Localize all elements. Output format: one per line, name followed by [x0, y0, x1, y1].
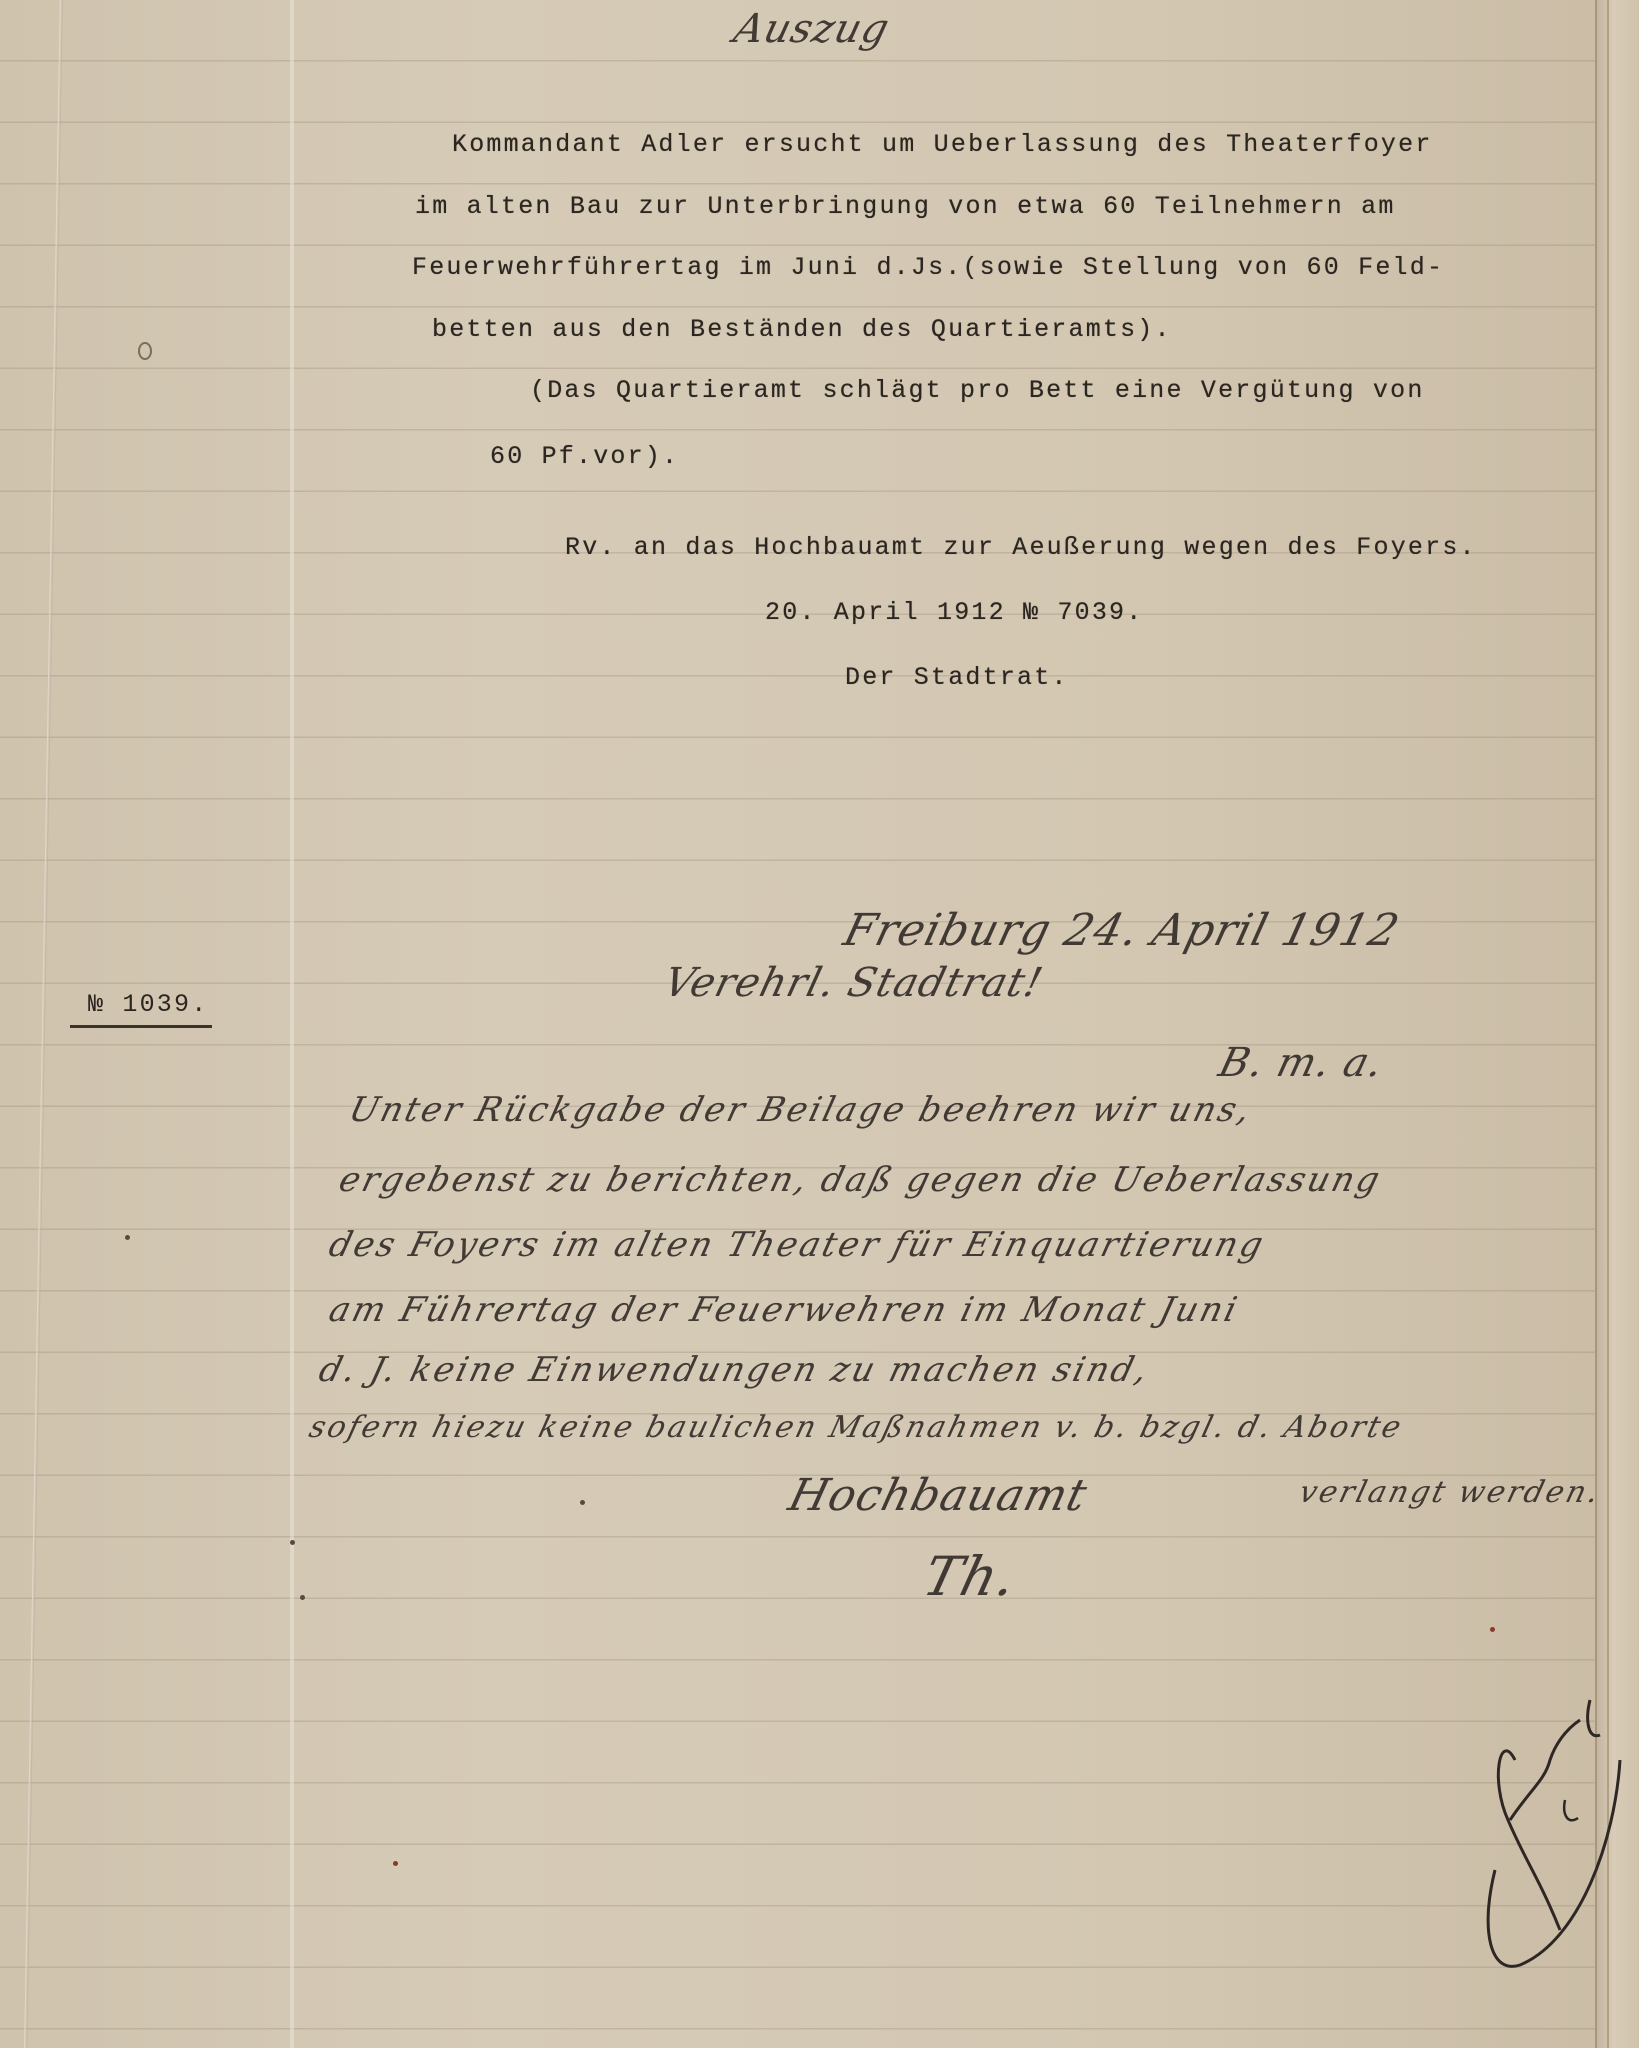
typed-line-3: Feuerwehrführertag im Juni d.Js.(sowie S… — [412, 253, 1444, 282]
reply-line-1: Unter Rückgabe der Beilage beehren wir u… — [345, 1090, 1257, 1130]
paper-speck — [125, 1235, 130, 1240]
date-ref-line: 20. April 1912 № 7039. — [765, 598, 1143, 627]
reply-line-4: am Führertag der Feuerwehren im Monat Ju… — [325, 1290, 1243, 1330]
typed-line-1: Kommandant Adler ersucht um Ueberlassung… — [452, 130, 1433, 159]
typed-note-2: 60 Pf.vor). — [490, 442, 679, 471]
typed-line-4: betten aus den Beständen des Quartieramt… — [432, 315, 1172, 344]
paper-sheet: Auszug Kommandant Adler ersucht um Ueber… — [0, 0, 1639, 2048]
paper-speck — [393, 1861, 398, 1866]
reply-line-5: d. J. keine Einwendungen zu machen sind, — [315, 1350, 1154, 1390]
paper-speck — [290, 1540, 295, 1545]
reply-line-7-hochbauamt: Hochbauamt — [784, 1470, 1093, 1521]
reply-salutation: Verehrl. Stadtrat! — [659, 960, 1047, 1006]
paper-speck — [1490, 1627, 1495, 1632]
paper-fold-line — [24, 0, 63, 2048]
reply-initials: Th. — [917, 1545, 1024, 1608]
referral-line: Rv. an das Hochbauamt zur Aeußerung wege… — [565, 533, 1477, 562]
margin-reference-number: № 1039. — [70, 990, 212, 1028]
reply-line-8: verlangt werden. — [1296, 1475, 1605, 1510]
reply-place-date: Freiburg 24. April 1912 — [839, 905, 1405, 956]
signatory-line: Der Stadtrat. — [845, 663, 1069, 692]
punch-hole — [138, 342, 152, 360]
reply-line-2: ergebenst zu berichten, daß gegen die Ue… — [335, 1160, 1386, 1200]
signature-mark — [1470, 1690, 1639, 1990]
paper-speck — [300, 1595, 305, 1600]
reply-line-6: sofern hiezu keine baulichen Maßnahmen v… — [306, 1410, 1407, 1445]
margin-crease — [290, 0, 294, 2048]
paper-speck — [580, 1500, 585, 1505]
typed-note-1: (Das Quartieramt schlägt pro Bett eine V… — [530, 376, 1425, 405]
typed-line-2: im alten Bau zur Unterbringung von etwa … — [415, 192, 1396, 221]
heading-auszug: Auszug — [729, 6, 894, 52]
reply-line-3: des Foyers im alten Theater für Einquart… — [325, 1225, 1269, 1265]
reply-mark: B. m. a. — [1214, 1040, 1388, 1086]
